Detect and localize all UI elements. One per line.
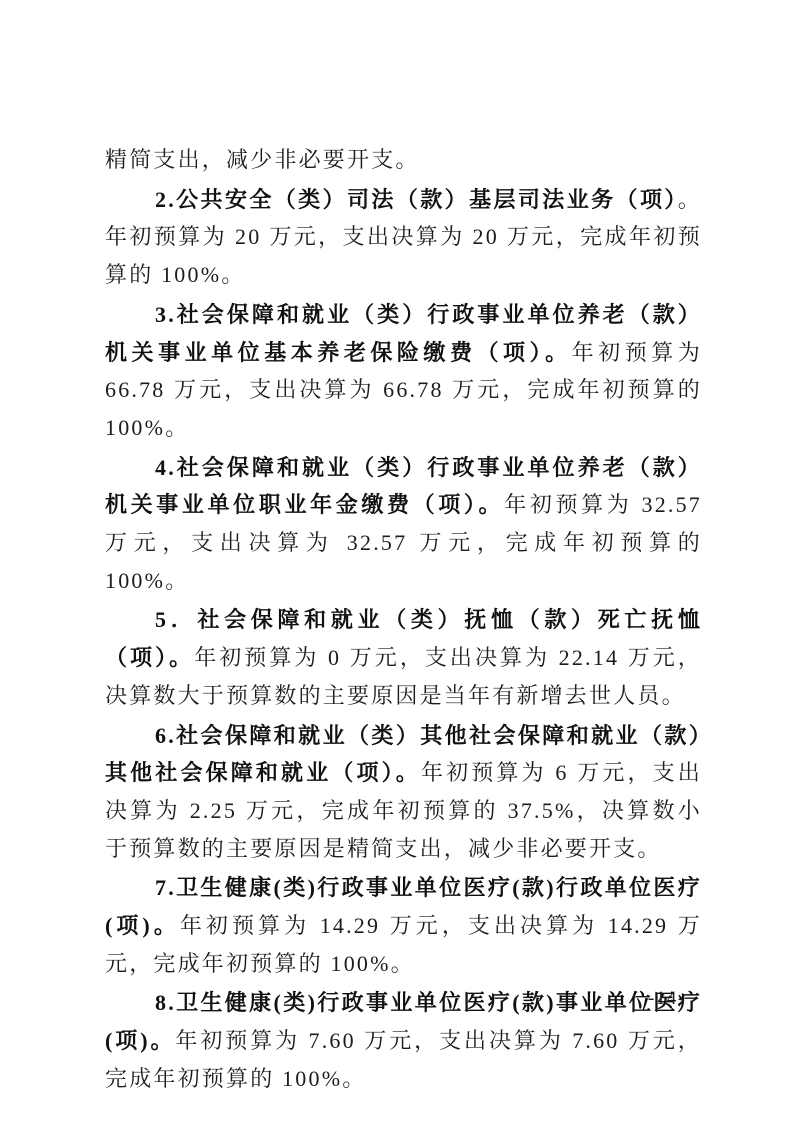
paragraph: 5．社会保障和就业（类）抚恤（款）死亡抚恤（项）。年初预算为 0 万元，支出决算…	[105, 601, 702, 714]
paragraph-body: 年初预算为 0 万元，支出决算为 22.14 万元，决算数大于预算数的主要原因是…	[105, 645, 702, 708]
paragraph: 4.社会保障和就业（类）行政事业单位养老（款）机关事业单位职业年金缴费（项）。年…	[105, 449, 702, 600]
paragraph: 精简支出，减少非必要开支。	[105, 141, 702, 179]
paragraph-body: 年初预算为 7.60 万元，支出决算为 7.60 万元，完成年初预算的 100%…	[105, 1028, 702, 1091]
paragraph-body: 精简支出，减少非必要开支。	[105, 147, 420, 172]
paragraph: 7.卫生健康(类)行政事业单位医疗(款)行政单位医疗(项)。年初预算为 14.2…	[105, 869, 702, 982]
paragraph: 2.公共安全（类）司法（款）基层司法业务（项）。年初预算为 20 万元，支出决算…	[105, 181, 702, 294]
paragraph: 3.社会保障和就业（类）行政事业单位养老（款）机关事业单位基本养老保险缴费（项）…	[105, 296, 702, 447]
paragraph-heading: 2.公共安全（类）司法（款）基层司法业务（项）	[155, 187, 678, 212]
document-content: 精简支出，减少非必要开支。 2.公共安全（类）司法（款）基层司法业务（项）。年初…	[105, 141, 702, 1098]
paragraph: 8.卫生健康(类)行政事业单位医疗(款)事业单位医疗(项)。年初预算为 7.60…	[105, 984, 702, 1097]
paragraph: 6.社会保障和就业（类）其他社会保障和就业（款）其他社会保障和就业（项）。年初预…	[105, 717, 702, 868]
document-page: 精简支出，减少非必要开支。 2.公共安全（类）司法（款）基层司法业务（项）。年初…	[0, 0, 793, 1122]
page-number: -14-	[648, 988, 686, 1010]
paragraph-body: 年初预算为 14.29 万元，支出决算为 14.29 万元，完成年初预算的 10…	[105, 913, 702, 976]
